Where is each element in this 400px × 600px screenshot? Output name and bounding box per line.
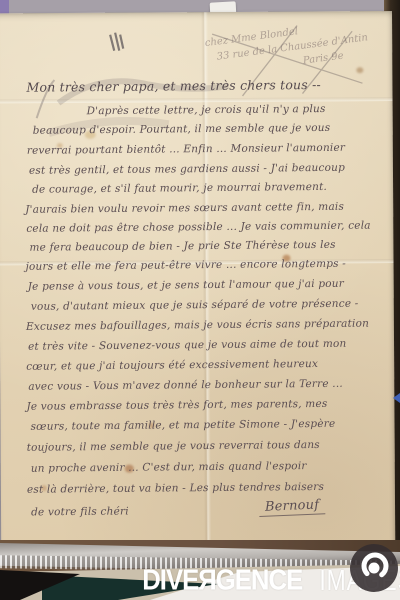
divergence-d-logo-icon xyxy=(349,543,399,593)
letter-line: J'aurais bien voulu revoir mes sœurs ava… xyxy=(25,201,344,216)
pencil-address-note: chez Mme Blondel 33 rue de la Chaussée d… xyxy=(204,15,371,80)
letter-line: de courage, et s'il faut mourir, je mour… xyxy=(32,181,327,196)
letter-line: reverrai pourtant bientôt ... Enfin ... … xyxy=(27,142,345,157)
letter-line: me fera beaucoup de bien - Je prie Ste T… xyxy=(29,239,335,254)
paper-stain xyxy=(356,67,363,73)
letter-line: jours et elle me fera peut-être vivre ..… xyxy=(25,258,346,273)
letter-paper: chez Mme Blondel 33 rue de la Chaussée d… xyxy=(0,11,395,550)
blue-edge-mark xyxy=(393,393,400,403)
letter-line: cela ne doit pas être chose possible ...… xyxy=(26,220,371,235)
letter-line: est là derrière, tout va bien - Les plus… xyxy=(27,481,324,496)
letter-line: toujours, il me semble que je vous rever… xyxy=(27,439,320,454)
watermark-brand-bold: DIVEЯGENCE xyxy=(142,565,302,594)
photo-of-handwritten-letter: chez Mme Blondel 33 rue de la Chaussée d… xyxy=(0,0,400,600)
letter-line: beaucoup d'espoir. Pourtant, il me sembl… xyxy=(33,122,331,137)
letter-greeting: Mon très cher papa, et mes très chers to… xyxy=(26,77,321,95)
letter-line: et très vite - Souvenez-vous que je vous… xyxy=(28,338,347,353)
letter-line: de votre fils chéri xyxy=(31,505,129,518)
letter-line: Je pense à vous tous, et je sens tout l'… xyxy=(28,278,344,293)
letter-line: est très gentil, et tous mes gardiens au… xyxy=(29,162,345,177)
letter-line: D'après cette lettre, je crois qu'il n'y… xyxy=(87,103,326,117)
letter-line: vous, d'autant mieux que je suis séparé … xyxy=(31,298,359,313)
letter-line: sœurs, toute ma famille, et ma petite Si… xyxy=(30,418,335,433)
letter-signature: Bernouf xyxy=(259,497,326,517)
letter-line: cœur, et que j'ai toujours été excessive… xyxy=(26,358,318,373)
letter-line: Excusez mes bafouillages, mais je vous é… xyxy=(26,318,369,333)
letter-line: un proche avenir ... C'est dur, mais qua… xyxy=(31,460,307,475)
letter-line: Je vous embrasse tous très très fort, me… xyxy=(26,398,327,413)
horizontal-fold-crease xyxy=(0,97,393,103)
letter-line: avec vous - Vous m'avez donné le bonheur… xyxy=(28,378,343,393)
